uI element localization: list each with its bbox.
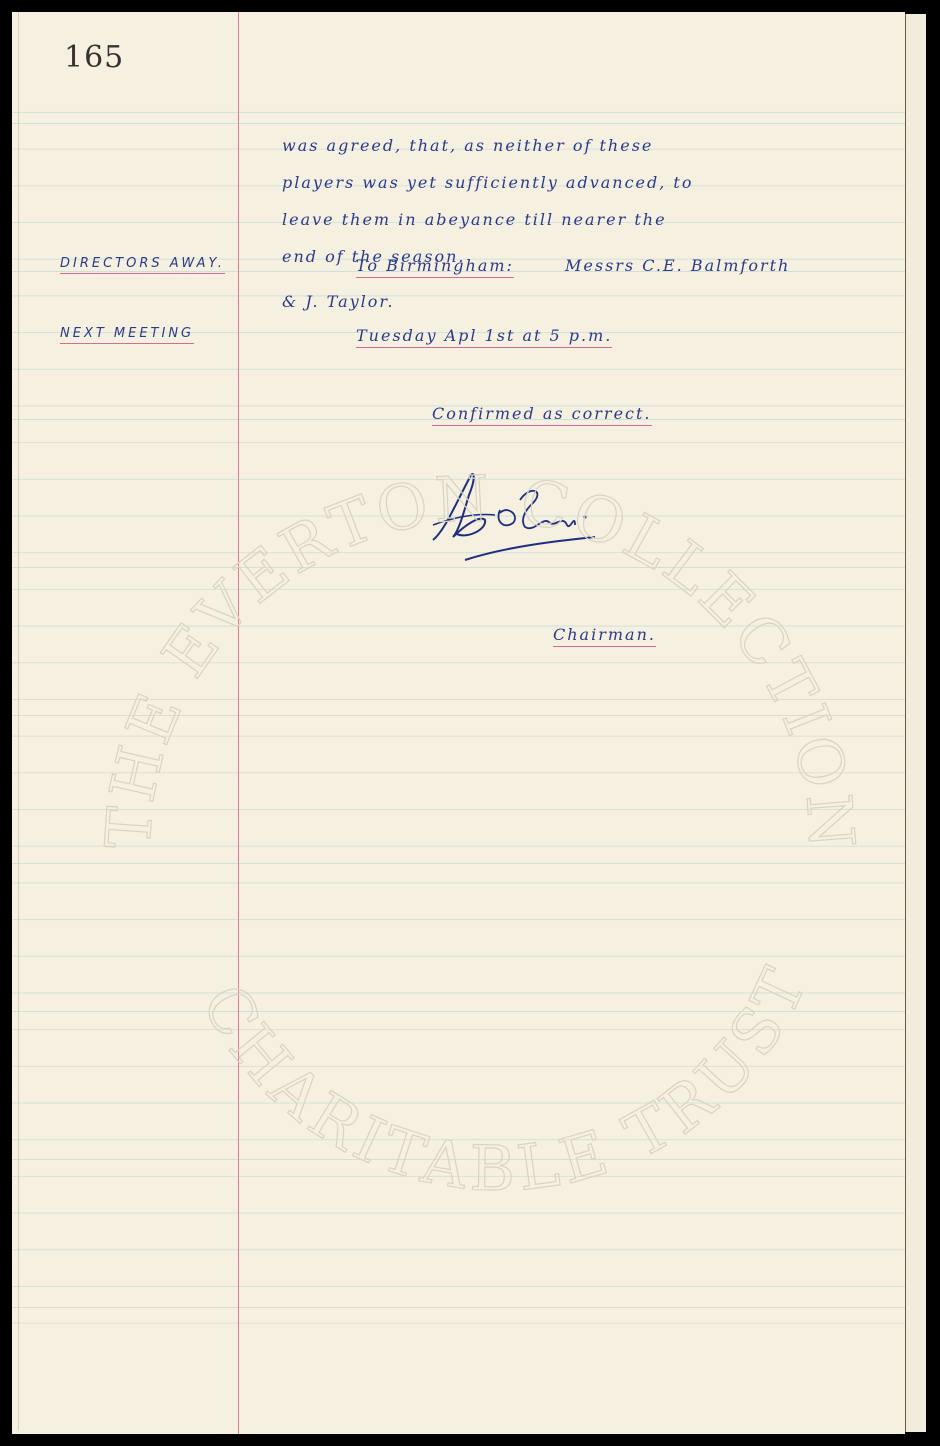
confirmation-text: Confirmed as correct. [432, 404, 652, 426]
page-left-edge [18, 12, 19, 1430]
page-number: 165 [64, 40, 124, 75]
page-edge-strip [905, 14, 926, 1432]
body-line-2: players was yet sufficiently advanced, t… [282, 173, 693, 192]
body-line-3: leave them in abeyance till nearer the [282, 210, 667, 229]
heading-next-meeting: NEXT MEETING [60, 326, 194, 344]
ruled-lines [12, 99, 905, 1324]
heading-directors-away: DIRECTORS AWAY. [60, 256, 225, 274]
margin-line [238, 12, 239, 1434]
signature [425, 465, 605, 580]
signature-title: Chairman. [553, 625, 656, 647]
next-meeting-date: Tuesday Apl 1st at 5 p.m. [356, 326, 612, 348]
body-line-1: was agreed, that, as neither of these [282, 136, 653, 155]
signature-glyph-icon [425, 465, 605, 575]
directors-names-cont: & J. Taylor. [282, 292, 394, 311]
directors-names: Messrs C.E. Balmforth [565, 256, 790, 275]
directors-destination: To Birmingham: [356, 256, 514, 278]
